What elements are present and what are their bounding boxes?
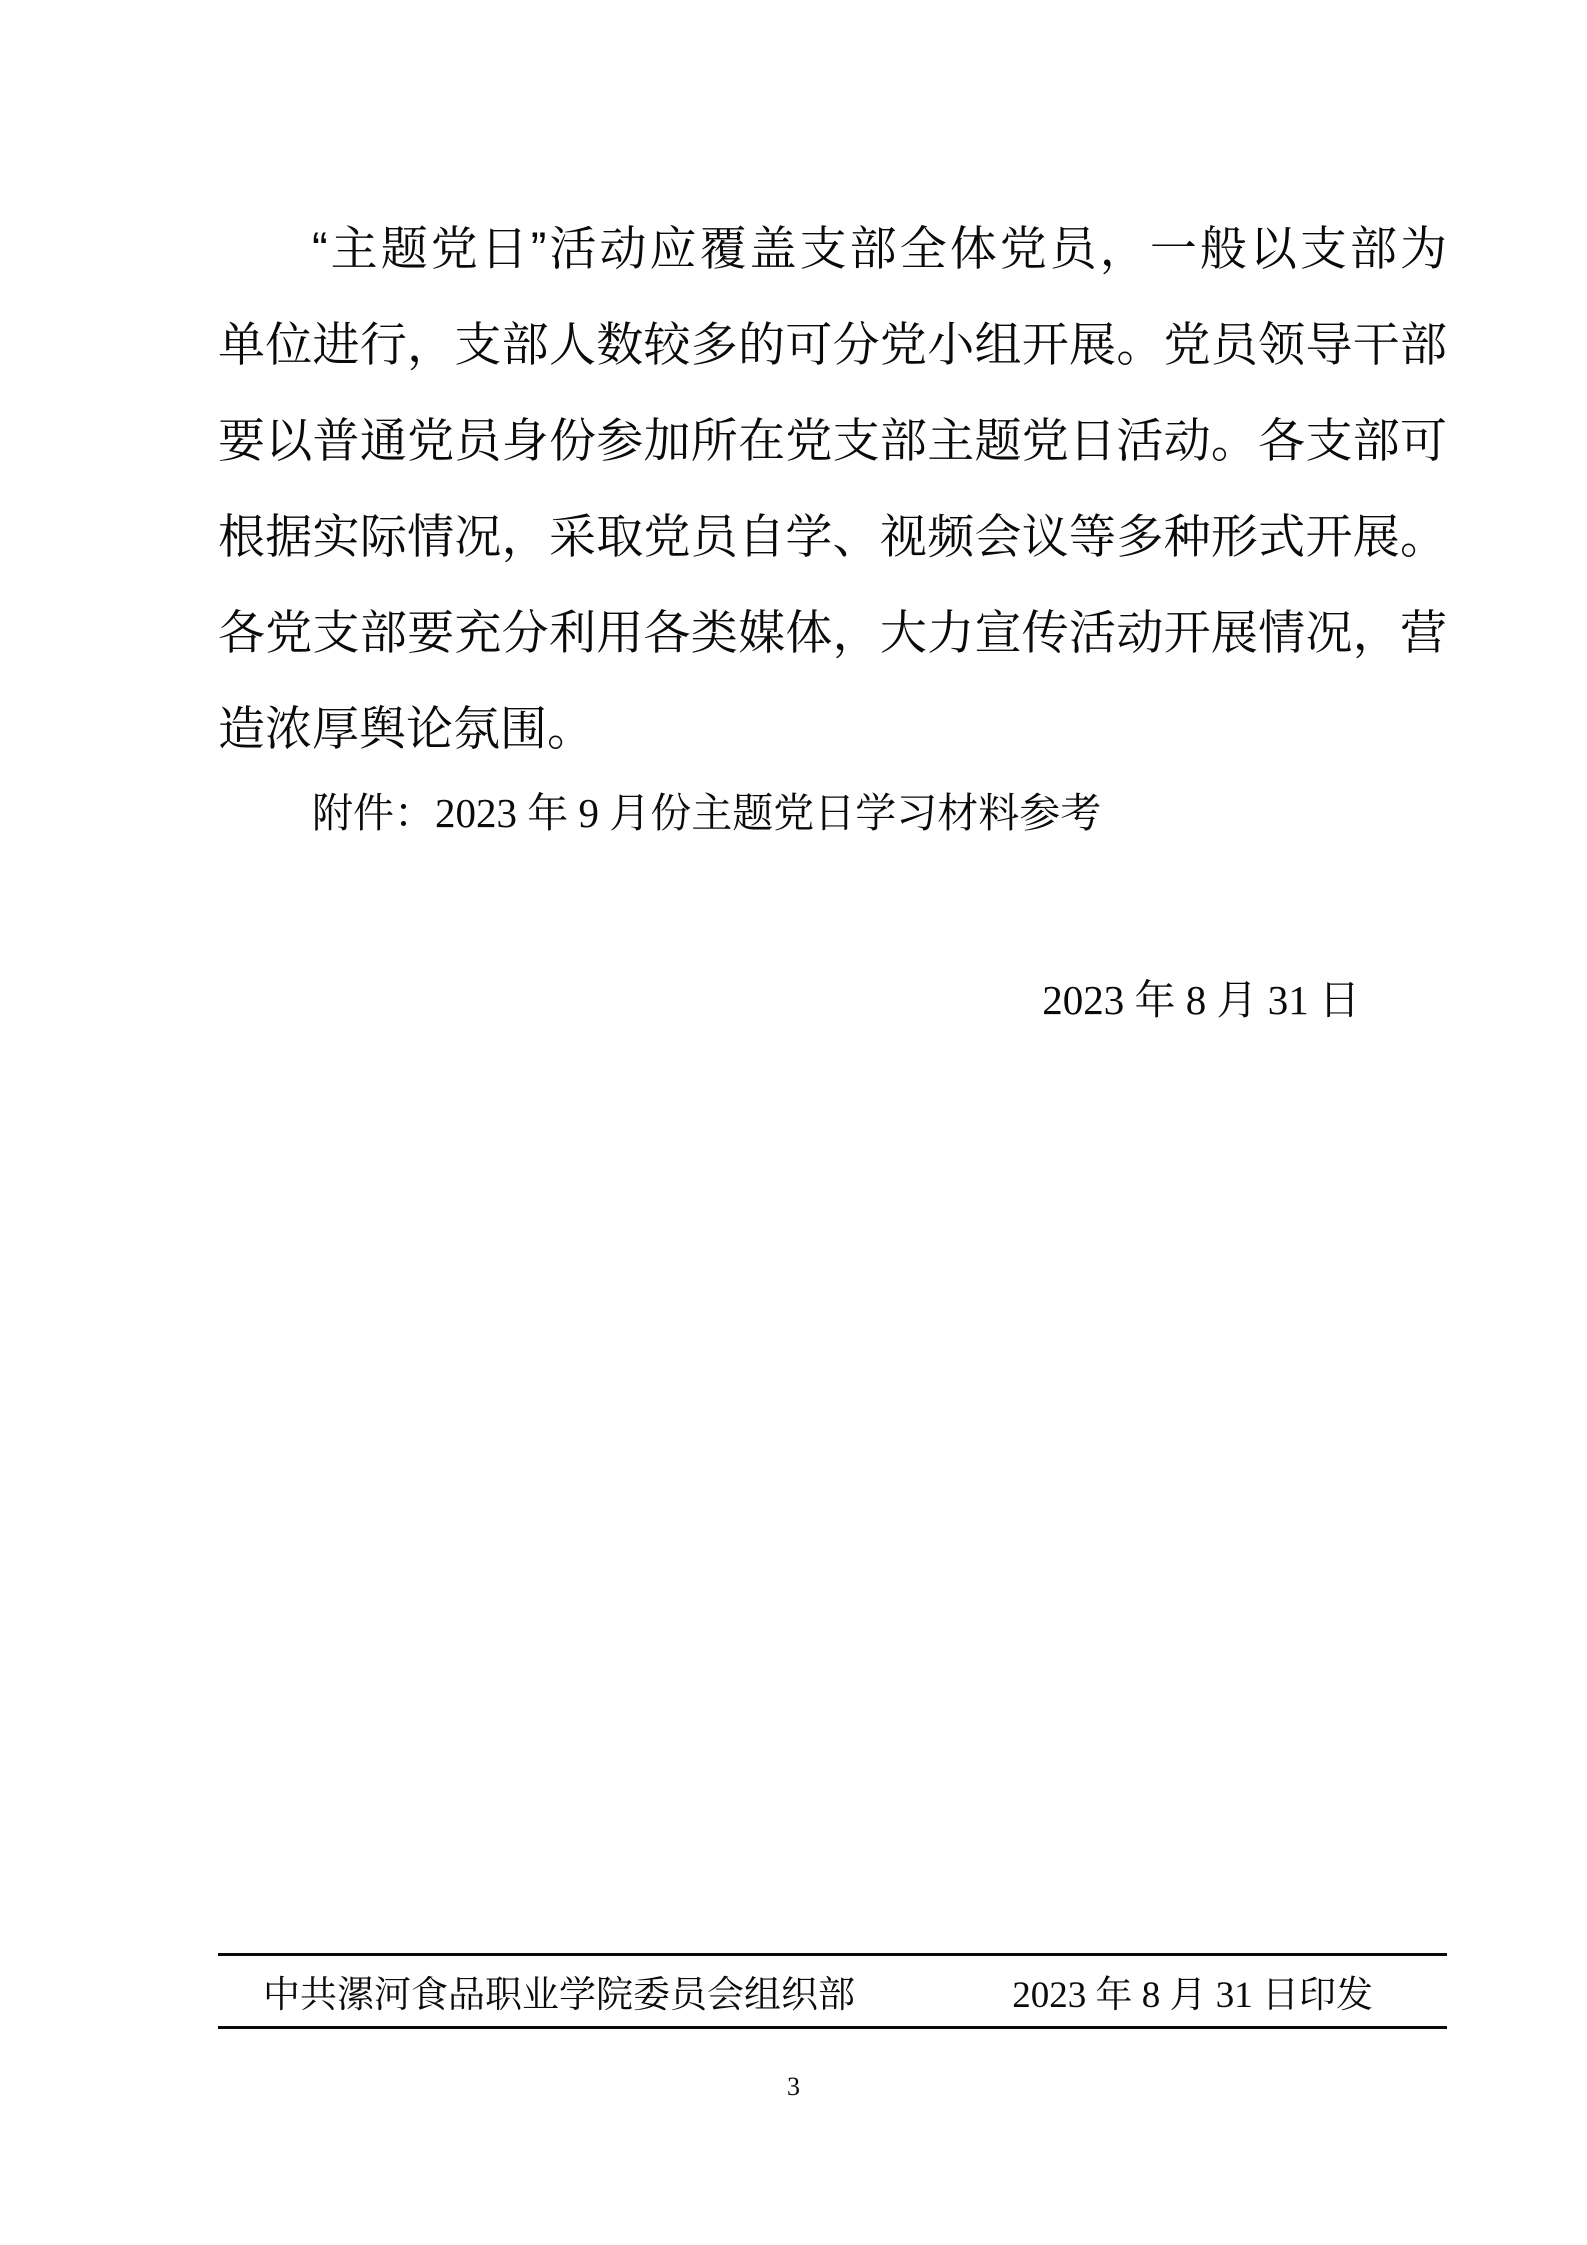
paragraph-line-6: 造浓厚舆论氛围。 — [218, 681, 1447, 777]
document-page: “主题党日”活动应覆盖支部全体党员，一般以支部为 单位进行，支部人数较多的可分党… — [0, 0, 1587, 2245]
page-number: 3 — [0, 2072, 1587, 2102]
paragraph-line-3: 要以普通党员身份参加所在党支部主题党日活动。各支部可 — [218, 393, 1447, 489]
issuer-footer: 中共漯河食品职业学院委员会组织部 2023 年 8 月 31 日印发 — [218, 1953, 1447, 2029]
document-date: 2023 年 8 月 31 日 — [218, 970, 1447, 1030]
paragraph-line-1: “主题党日”活动应覆盖支部全体党员，一般以支部为 — [218, 201, 1447, 297]
main-paragraph: “主题党日”活动应覆盖支部全体党员，一般以支部为 单位进行，支部人数较多的可分党… — [218, 201, 1447, 777]
print-date: 2023 年 8 月 31 日印发 — [1012, 1964, 1373, 2018]
paragraph-line-4: 根据实际情况，采取党员自学、视频会议等多种形式开展。 — [218, 489, 1447, 585]
attachment-line: 附件：2023 年 9 月份主题党日学习材料参考 — [218, 783, 1447, 843]
paragraph-line-5: 各党支部要充分利用各类媒体，大力宣传活动开展情况，营 — [218, 585, 1447, 681]
paragraph-line-2: 单位进行，支部人数较多的可分党小组开展。党员领导干部 — [218, 297, 1447, 393]
issuer-name: 中共漯河食品职业学院委员会组织部 — [263, 1964, 855, 2018]
